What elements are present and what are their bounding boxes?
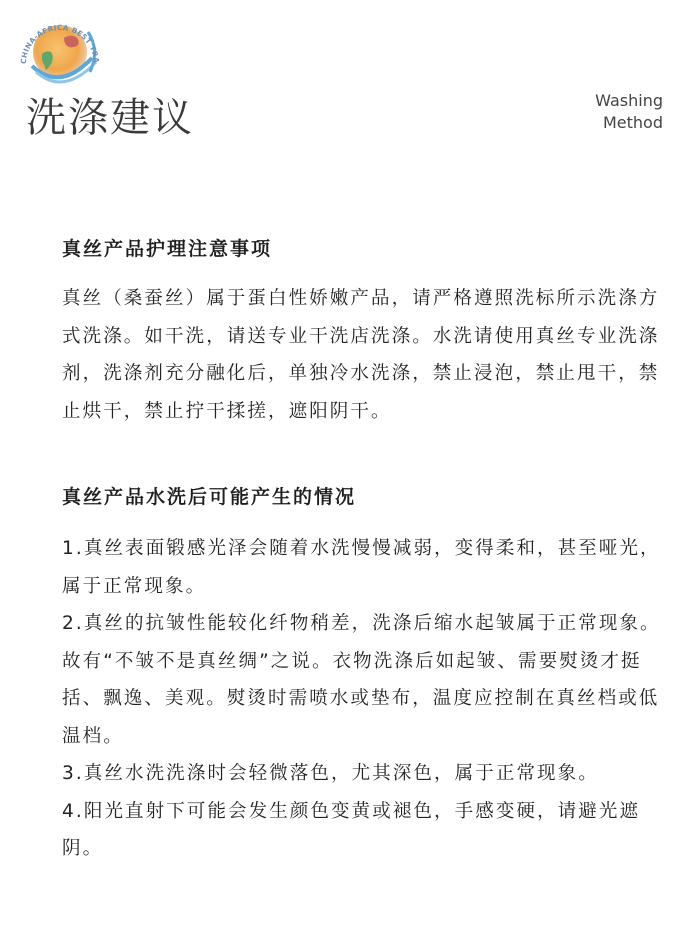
section-care-notes: 真丝产品护理注意事项 真丝（桑蚕丝）属于蛋白性娇嫩产品，请严格遵照洗标所示洗涤方… <box>62 232 662 430</box>
list-item: 3.真丝水洗洗涤时会轻微落色，尤其深色，属于正常现象。 <box>62 755 662 793</box>
section-after-wash-effects: 真丝产品水洗后可能产生的情况 1.真丝表面锻感光泽会随着水洗慢慢减弱，变得柔和，… <box>62 480 662 868</box>
subtitle-line-washing: Washing <box>595 90 663 112</box>
section-heading: 真丝产品护理注意事项 <box>62 232 662 266</box>
page-title: 洗涤建议 <box>26 92 194 144</box>
china-africa-globe-logo-icon: CHINA-AFRICA BEST TRADING PLATFORM <box>12 6 107 96</box>
section-heading: 真丝产品水洗后可能产生的情况 <box>62 480 662 514</box>
care-paragraph: 真丝（桑蚕丝）属于蛋白性娇嫩产品，请严格遵照洗标所示洗涤方式洗涤。如干洗，请送专… <box>62 280 662 430</box>
list-item: 1.真丝表面锻感光泽会随着水洗慢慢减弱，变得柔和，甚至哑光，属于正常现象。 <box>62 530 662 605</box>
list-item: 4.阳光直射下可能会发生颜色变黄或褪色，手感变硬，请避光遮阴。 <box>62 793 662 868</box>
logo: CHINA-AFRICA BEST TRADING PLATFORM <box>12 6 107 96</box>
english-subtitle: Washing Method <box>595 90 663 134</box>
list-item: 2.真丝的抗皱性能较化纤物稍差，洗涤后缩水起皱属于正常现象。故有“不皱不是真丝绸… <box>62 605 662 755</box>
subtitle-line-method: Method <box>595 112 663 134</box>
